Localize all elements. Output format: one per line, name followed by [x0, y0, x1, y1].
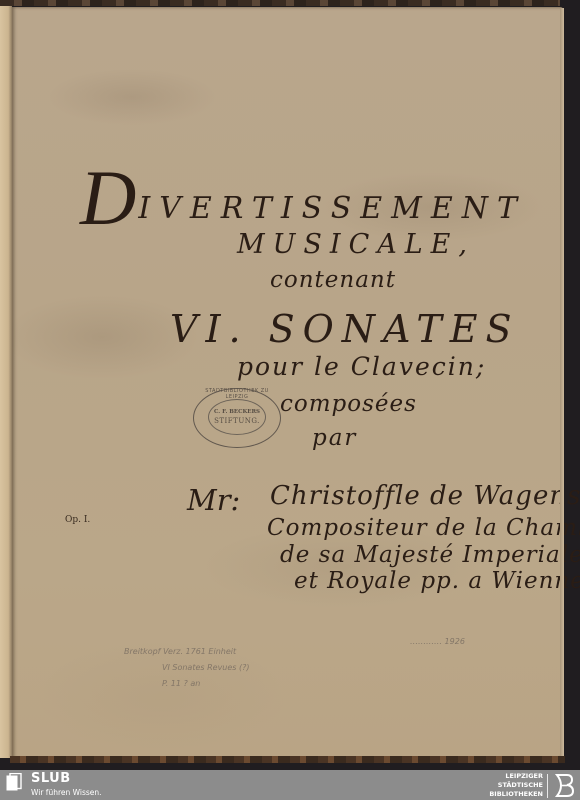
stamp-line-2: STIFTUNG. [209, 417, 265, 425]
pencil-note: Breitkopf Verz. 1761 Einheit [124, 647, 236, 656]
slub-logo-icon[interactable] [6, 773, 22, 791]
page-right-edge [560, 8, 564, 758]
slub-tagline: Wir führen Wissen. [31, 788, 102, 797]
composer-title-line-3: et Royale pp. a Wienne. [294, 568, 580, 594]
title-rest: IVERTISSEMENT [138, 191, 526, 226]
footer-bar: SLUB Wir führen Wissen. LEIPZIGER STÄDTI… [0, 770, 580, 800]
manuscript-page: DIVERTISSEMENT MUSICALE, contenant VI. S… [12, 7, 564, 760]
lsb-brand-line: STÄDTISCHE [489, 781, 543, 790]
title-divertissement: DIVERTISSEMENT [80, 159, 526, 237]
lsb-brand-line: BIBLIOTHEKEN [489, 790, 543, 799]
lsb-brand[interactable]: LEIPZIGER STÄDTISCHE BIBLIOTHEKEN [489, 772, 543, 799]
lsb-logo-icon[interactable] [553, 773, 575, 798]
text-composees: composées [280, 391, 417, 417]
text-par: par [312, 425, 357, 451]
pencil-note: VI Sonates Revues (?) [162, 663, 250, 672]
stamp-inner-oval: C. F. BECKERS STIFTUNG. [208, 399, 266, 435]
flyleaf-edge [0, 6, 12, 758]
text-contenant: contenant [270, 267, 396, 293]
composer-name: Christoffle de Wagenseil. [270, 481, 580, 511]
composer-title-line-1: Compositeur de la Chambre [267, 515, 580, 541]
pencil-note: P. 11 ? an [162, 679, 200, 688]
stamp-line-1: C. F. BECKERS [209, 409, 265, 415]
text-mr: Mr: [187, 483, 240, 517]
opus-note: Op. I. [65, 515, 90, 525]
slub-brand[interactable]: SLUB [31, 771, 71, 786]
library-stamp: STADTBIBLIOTHEK ZU LEIPZIG C. F. BECKERS… [193, 388, 281, 448]
subtitle-musicale: MUSICALE, [237, 229, 475, 260]
lsb-divider [547, 774, 548, 798]
lsb-brand-line: LEIPZIGER [489, 772, 543, 781]
book-edge-bottom [10, 756, 565, 763]
pencil-note: ………… 1926 [410, 637, 465, 646]
composer-title-line-2: de sa Majesté Imperiale [280, 542, 580, 568]
text-sonates: VI. SONATES [170, 307, 520, 351]
book-edge-top [0, 0, 560, 6]
text-instrument: pour le Clavecin; [237, 352, 486, 381]
scan-viewer: DIVERTISSEMENT MUSICALE, contenant VI. S… [0, 0, 580, 770]
title-initial: D [80, 154, 138, 241]
